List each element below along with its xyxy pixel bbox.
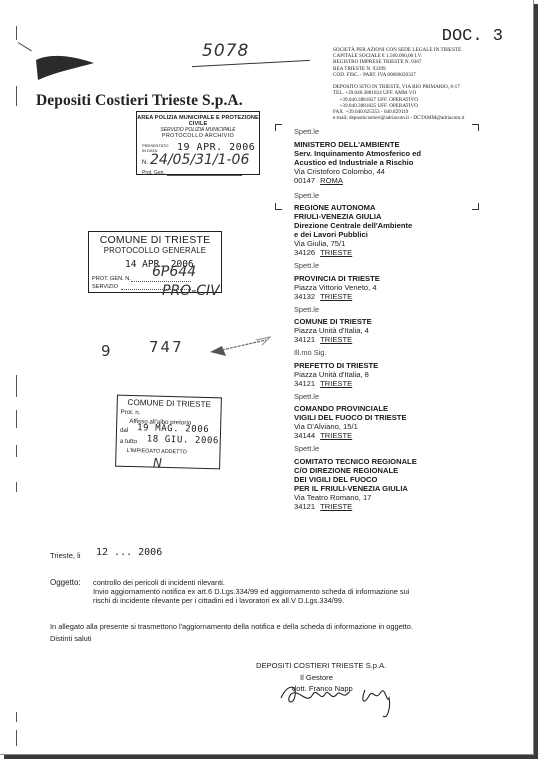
scan-mark xyxy=(16,730,17,746)
subject-label: Oggetto: xyxy=(50,578,81,587)
recipient-postal-code: 34121 xyxy=(294,379,315,388)
stamp-prot-label: Prot. n. xyxy=(120,409,140,417)
stamp-prot-label: Prot. Gen. xyxy=(142,170,165,176)
recipient-street: Piazza Unità d'Italia, 8 xyxy=(294,370,514,379)
stamp-servizio-label: SERVIZIO xyxy=(92,284,118,290)
window-corner-mark xyxy=(275,124,282,131)
recipient-city: TRIESTE xyxy=(320,335,352,344)
recipient-address: Spett.leCOMITATO TECNICO REGIONALEC/O DI… xyxy=(294,444,514,511)
recipient-address: Spett.leMINISTERO DELL'AMBIENTEServ. Inq… xyxy=(294,127,514,185)
recipient-name-line: PREFETTO DI TRIESTE xyxy=(294,361,514,370)
recipient-name-line: PROVINCIA DI TRIESTE xyxy=(294,274,514,283)
scan-mark xyxy=(16,445,17,457)
place-label: Trieste, li xyxy=(50,551,81,560)
stamp-n-value: 24/05/31/1-06 xyxy=(150,152,249,168)
document-label: DOC. 3 xyxy=(442,27,503,46)
stamp-impiegato-label: L'IMPIEGATO ADDETTO xyxy=(126,448,186,456)
stamp-prot-gen-label: PROT. GEN. N. xyxy=(92,276,131,282)
recipient-city: TRIESTE xyxy=(320,379,352,388)
recipient-name-line: MINISTERO DELL'AMBIENTE xyxy=(294,140,514,149)
scan-mark xyxy=(16,482,17,492)
recipient-salutation: Spett.le xyxy=(294,444,514,453)
stamp-n-label: N. xyxy=(142,160,148,166)
handwritten-number-747: 747 xyxy=(149,338,184,356)
recipient-city: TRIESTE xyxy=(320,431,352,440)
scan-mark xyxy=(16,375,17,397)
recipient-name-line: Direzione Centrale dell'Ambiente xyxy=(294,221,514,230)
subject-line: rischi di incidente rilevante per i citt… xyxy=(93,596,513,605)
arrow-icon xyxy=(208,336,272,358)
document-page: 5078 DOC. 3 SOCIETÀ PER AZIONI CON SEDE … xyxy=(0,0,534,755)
company-logo-icon xyxy=(34,54,96,80)
logo-accent-line xyxy=(18,42,32,51)
polizia-municipale-stamp: AREA POLIZIA MUNICIPALE E PROTEZIONE CIV… xyxy=(136,111,260,175)
recipient-address: Spett.leCOMANDO PROVINCIALEVIGILI DEL FU… xyxy=(294,392,514,441)
recipient-city-line: 34121TRIESTE xyxy=(294,379,514,388)
stamp-a-tutto-date: 18 GIU. 2006 xyxy=(147,434,219,446)
recipient-street: Via Giulia, 75/1 xyxy=(294,239,514,248)
stamp-title: COMUNE DI TRIESTE xyxy=(89,234,221,246)
company-name: Depositi Costieri Trieste S.p.A. xyxy=(36,92,243,110)
recipient-street: Via D'Alviano, 15/1 xyxy=(294,422,514,431)
recipient-street: Via Cristoforo Colombo, 44 xyxy=(294,167,514,176)
recipient-name-line: FRIULI-VENEZIA GIULIA xyxy=(294,212,514,221)
recipient-salutation: Spett.le xyxy=(294,191,514,200)
recipient-name-line: Serv. Inquinamento Atmosferico ed xyxy=(294,149,514,158)
recipient-address: Ill.mo Sig.PREFETTO DI TRIESTEPiazza Uni… xyxy=(294,348,514,388)
handwritten-number-9: 9 xyxy=(101,342,111,360)
recipient-salutation: Ill.mo Sig. xyxy=(294,348,514,357)
recipient-name-line: VIGILI DEL FUOCO DI TRIESTE xyxy=(294,413,514,422)
recipient-name-line: REGIONE AUTONOMA xyxy=(294,203,514,212)
recipient-city-line: 00147ROMA xyxy=(294,176,514,185)
recipient-street: Piazza Unità d'Italia, 4 xyxy=(294,326,514,335)
recipient-street: Via Teatro Romano, 17 xyxy=(294,493,514,502)
handwritten-servizio: PRO-CIV xyxy=(162,283,220,299)
recipient-city: TRIESTE xyxy=(320,248,352,257)
stamp-dal-date: 19 MAG. 2006 xyxy=(137,423,209,435)
attachment-note: In allegato alla presente si trasmettono… xyxy=(50,622,413,631)
recipient-city: TRIESTE xyxy=(320,292,352,301)
handwritten-signature xyxy=(277,676,407,726)
recipient-postal-code: 34144 xyxy=(294,431,315,440)
recipient-city-line: 34126TRIESTE xyxy=(294,248,514,257)
signature-company: DEPOSITI COSTIERI TRIESTE S.p.A. xyxy=(256,661,386,670)
albo-signature: N xyxy=(153,456,162,470)
date-stamp: 12 ... 2006 xyxy=(96,547,162,558)
scan-mark xyxy=(16,712,17,722)
recipient-city-line: 34121TRIESTE xyxy=(294,502,514,511)
scan-mark xyxy=(16,410,17,428)
recipient-address: Spett.leCOMUNE DI TRIESTEPiazza Unità d'… xyxy=(294,305,514,345)
recipient-name-line: COMANDO PROVINCIALE xyxy=(294,404,514,413)
recipient-postal-code: 34121 xyxy=(294,502,315,511)
handwritten-reference-number: 5078 xyxy=(202,41,249,61)
stamp-prot-line xyxy=(167,175,242,176)
scan-mark xyxy=(16,26,17,40)
recipient-salutation: Spett.le xyxy=(294,127,514,136)
recipient-list: Spett.leMINISTERO DELL'AMBIENTEServ. Inq… xyxy=(294,127,514,515)
stamp-a-tutto-label: a tutto xyxy=(120,438,137,445)
recipient-postal-code: 34126 xyxy=(294,248,315,257)
handwritten-prot-gen-number: 6P644 xyxy=(152,264,196,280)
recipient-postal-code: 34121 xyxy=(294,335,315,344)
recipient-postal-code: 00147 xyxy=(294,176,315,185)
recipient-salutation: Spett.le xyxy=(294,261,514,270)
recipient-address: Spett.leREGIONE AUTONOMAFRIULI-VENEZIA G… xyxy=(294,191,514,258)
recipient-city-line: 34121TRIESTE xyxy=(294,335,514,344)
albo-pretorio-stamp: COMUNE DI TRIESTE Prot. n. Affisso all'a… xyxy=(115,395,222,470)
recipient-salutation: Spett.le xyxy=(294,392,514,401)
recipient-city: ROMA xyxy=(320,176,343,185)
recipient-city-line: 34144TRIESTE xyxy=(294,431,514,440)
recipient-salutation: Spett.le xyxy=(294,305,514,314)
recipient-name-line: DEI VIGILI DEL FUOCO xyxy=(294,475,514,484)
recipient-name-line: C/O DIREZIONE REGIONALE xyxy=(294,466,514,475)
subject-line: controllo dei pericoli di incidenti rile… xyxy=(93,578,513,587)
recipient-name-line: Acustico ed Industriale a Rischio xyxy=(294,158,514,167)
stamp-title: AREA POLIZIA MUNICIPALE E PROTEZIONE CIV… xyxy=(137,115,259,127)
stamp-subtitle: PROTOCOLLO GENERALE xyxy=(89,246,221,255)
recipient-name-line: COMITATO TECNICO REGIONALE xyxy=(294,457,514,466)
recipient-address: Spett.lePROVINCIA DI TRIESTEPiazza Vitto… xyxy=(294,261,514,301)
recipient-city: TRIESTE xyxy=(320,502,352,511)
recipient-city-line: 34132TRIESTE xyxy=(294,292,514,301)
recipient-name-line: PER IL FRIULI-VENEZIA GIULIA xyxy=(294,484,514,493)
window-corner-mark xyxy=(275,203,282,210)
recipient-name-line: COMUNE DI TRIESTE xyxy=(294,317,514,326)
stamp-title: COMUNE DI TRIESTE xyxy=(118,398,221,410)
subject-text: controllo dei pericoli di incidenti rile… xyxy=(93,578,513,606)
stamp-dal-label: dal xyxy=(120,427,128,434)
subject-line: Invio aggiornamento notifica ex art.6 D.… xyxy=(93,587,513,596)
closing-greeting: Distinti saluti xyxy=(50,634,91,643)
recipient-name-line: e dei Lavori Pubblici xyxy=(294,230,514,239)
recipient-postal-code: 34132 xyxy=(294,292,315,301)
company-legal-info: SOCIETÀ PER AZIONI CON SEDE LEGALE IN TR… xyxy=(333,47,464,121)
stamp-subtitle-2: PROTOCOLLO ARCHIVIO xyxy=(137,133,259,139)
scan-mark xyxy=(16,86,17,106)
recipient-street: Piazza Vittorio Veneto, 4 xyxy=(294,283,514,292)
dotted-line xyxy=(131,281,191,282)
